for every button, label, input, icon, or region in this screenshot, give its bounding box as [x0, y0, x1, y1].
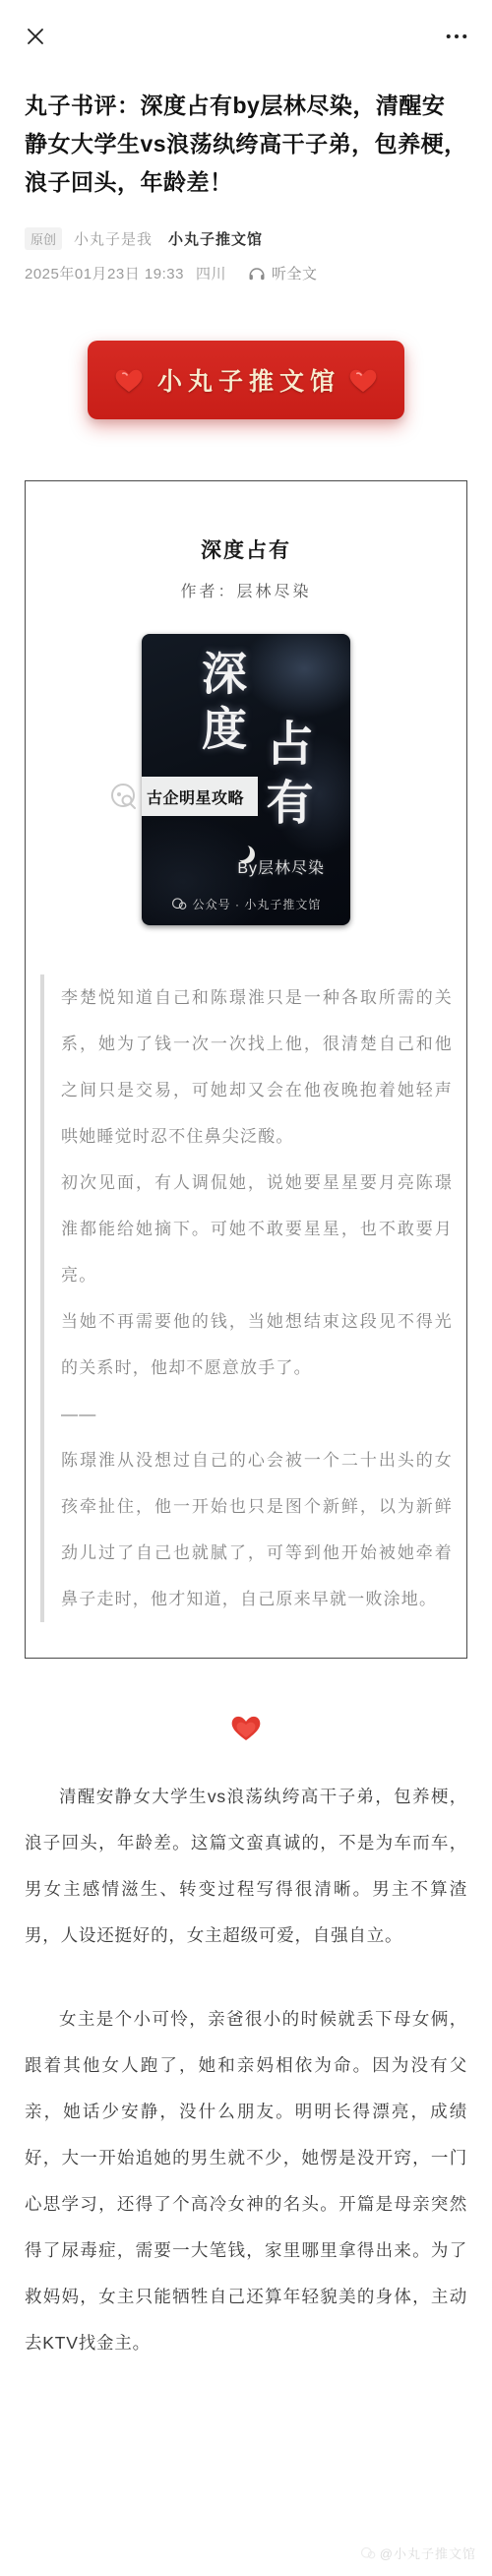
listen-label: 听全文	[272, 263, 318, 283]
meta-row: 2025年01月23日 19:33 四川 听全文	[25, 263, 467, 283]
more-options-icon[interactable]	[446, 26, 467, 47]
cover-calligraphy-right: 占有	[252, 719, 320, 837]
headphone-icon	[248, 265, 266, 282]
close-icon[interactable]	[25, 26, 46, 47]
review-paragraph: 清醒安静女大学生vs浪荡纨绔高干子弟，包养梗，浪子回头，年龄差。这篇文蛮真诚的，…	[25, 1774, 467, 1959]
heart-icon	[348, 367, 378, 394]
book-cover-wrap: 深度 占有 By层林尽染 公众号 · 小丸子推文馆 古企明星攻略	[26, 634, 466, 925]
book-synopsis-quote: 李楚悦知道自己和陈璟淮只是一种各取所需的关系，她为了钱一次一次找上他，很清楚自己…	[40, 974, 455, 1622]
watermark-logo-icon	[360, 2546, 376, 2560]
book-card: 深度占有 作者：层林尽染 深度 占有 By层林尽染 公众号 · 小丸子推文馆	[25, 480, 467, 1659]
publish-location: 四川	[196, 263, 226, 283]
book-author: 作者：层林尽染	[26, 579, 466, 601]
quote-dash-separator: ——	[61, 1391, 453, 1437]
footer-watermark-text: @小丸子推文馆	[380, 2544, 476, 2562]
account-name-link[interactable]: 小丸子推文馆	[168, 228, 263, 249]
cover-account-line: 公众号 · 小丸子推文馆	[142, 896, 350, 912]
quote-paragraph: 陈璟淮从没想过自己的心会被一个二十出头的女孩牵扯住，他一开始也只是图个新鲜，以为…	[61, 1437, 453, 1622]
account-banner[interactable]: 小丸子推文馆	[88, 341, 404, 419]
banner-label: 小丸子推文馆	[157, 362, 340, 398]
quote-paragraph: 当她不再需要他的钱，当她想结束这段见不得光的关系时，他却不愿意放手了。	[61, 1298, 453, 1391]
original-badge: 原创	[25, 227, 62, 250]
account-logo-icon	[171, 898, 187, 911]
review-paragraph: 女主是个小可怜，亲爸很小的时候就丢下母女俩，跟着其他女人跑了，她和亲妈相依为命。…	[25, 1996, 467, 2366]
page-title: 丸子书评：深度占有by层林尽染，清醒安静女大学生vs浪荡纨绔高干子弟，包养梗，浪…	[25, 87, 467, 202]
cover-author-line: By层林尽染	[237, 855, 325, 878]
top-bar	[0, 0, 492, 47]
cover-watermark-logo-icon	[109, 782, 139, 811]
footer-watermark: @小丸子推文馆	[360, 2544, 476, 2562]
byline: 原创 小丸子是我 小丸子推文馆	[25, 227, 467, 250]
author-name[interactable]: 小丸子是我	[74, 228, 153, 249]
heart-divider	[0, 1714, 492, 1742]
quote-paragraph: 李楚悦知道自己和陈璟淮只是一种各取所需的关系，她为了钱一次一次找上他，很清楚自己…	[61, 974, 453, 1160]
publish-date: 2025年01月23日 19:33	[25, 263, 184, 283]
quote-paragraph: 初次见面，有人调侃她，说她要星星要月亮陈璟淮都能给她摘下。可她不敢要星星，也不敢…	[61, 1160, 453, 1298]
listen-article-button[interactable]: 听全文	[248, 263, 318, 283]
cover-watermark: 古企明星攻略	[142, 777, 258, 816]
cover-calligraphy-left: 深度	[189, 650, 254, 760]
book-title: 深度占有	[26, 534, 466, 564]
heart-icon	[114, 367, 144, 394]
book-cover-image[interactable]: 深度 占有 By层林尽染 公众号 · 小丸子推文馆 古企明星攻略	[142, 634, 350, 925]
heart-icon	[230, 1714, 262, 1742]
